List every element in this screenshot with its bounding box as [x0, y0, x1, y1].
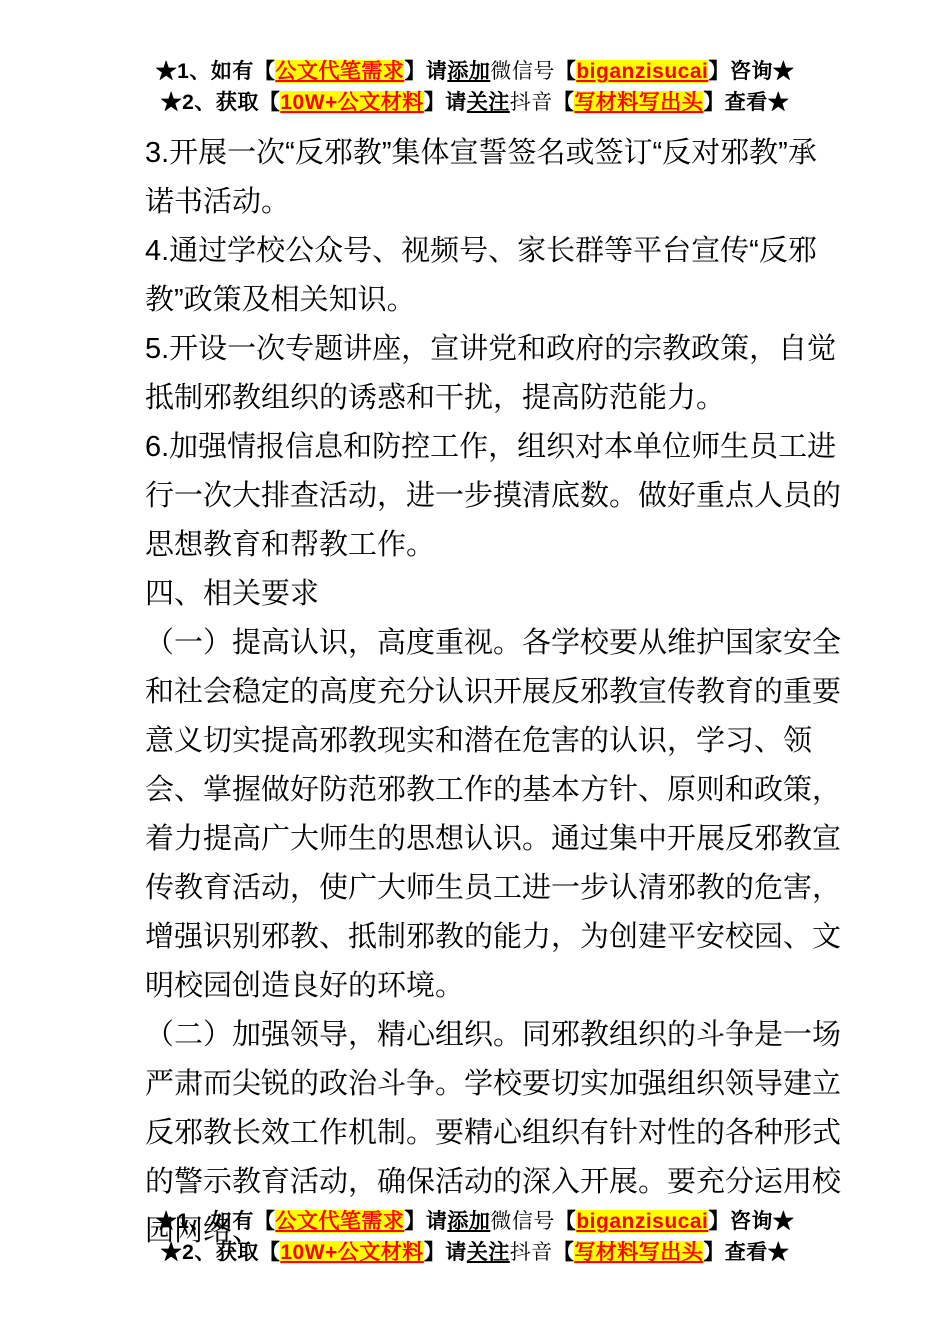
promo-text: 抖音: [510, 1241, 553, 1264]
promo-header-line-2: ★2、获取【10W+公文材料】请关注抖音【写材料写出头】查看★: [0, 87, 950, 118]
promo-text: 关注: [467, 91, 510, 114]
paragraph: 6.加强情报信息和防控工作，组织对本单位师生员工进行一次大排查活动，进一步摸清底…: [145, 423, 845, 570]
document-page: ★1、如有【公文代笔需求】请添加微信号【biganzisucai】咨询★ ★2、…: [0, 0, 950, 1344]
promo-text: ★2、获取【: [161, 91, 281, 114]
promo-text: 抖音: [510, 91, 553, 114]
promo-highlight-text: biganzisucai: [576, 60, 708, 83]
promo-text: 【: [553, 91, 575, 114]
promo-highlight-text: 10W+公文材料: [280, 91, 423, 114]
promo-footer-line-1: ★1、如有【公文代笔需求】请添加微信号【biganzisucai】咨询★: [0, 1206, 950, 1237]
promo-header: ★1、如有【公文代笔需求】请添加微信号【biganzisucai】咨询★ ★2、…: [0, 0, 950, 118]
promo-text: ★1、如有【: [156, 1210, 276, 1233]
promo-text: 】查看★: [703, 1241, 789, 1264]
promo-highlight-text: 写材料写出头: [574, 91, 703, 114]
document-body: 3.开展一次“反邪教”集体宣誓签名或签订“反对邪教”承诺书活动。4.通过学校公众…: [145, 129, 845, 1256]
promo-footer-line-2: ★2、获取【10W+公文材料】请关注抖音【写材料写出头】查看★: [0, 1237, 950, 1268]
promo-text: 【: [555, 60, 577, 83]
promo-text: 微信号: [490, 1210, 555, 1233]
promo-text: ★2、获取【: [161, 1241, 281, 1264]
promo-text: 微信号: [490, 60, 555, 83]
promo-text: 】请: [424, 1241, 467, 1264]
section-heading: 四、相关要求: [145, 570, 845, 619]
promo-text: 添加: [447, 60, 490, 83]
promo-highlight-text: 公文代笔需求: [275, 60, 404, 83]
paragraph: （一）提高认识，高度重视。各学校要从维护国家安全和社会稳定的高度充分认识开展反邪…: [145, 619, 845, 1011]
promo-text: 】查看★: [703, 91, 789, 114]
promo-highlight-text: biganzisucai: [576, 1210, 708, 1233]
promo-text: 添加: [447, 1210, 490, 1233]
promo-text: ★1、如有【: [156, 60, 276, 83]
promo-text: 【: [553, 1241, 575, 1264]
promo-highlight-text: 10W+公文材料: [280, 1241, 423, 1264]
promo-header-line-1: ★1、如有【公文代笔需求】请添加微信号【biganzisucai】咨询★: [0, 56, 950, 87]
paragraph: 4.通过学校公众号、视频号、家长群等平台宣传“反邪教”政策及相关知识。: [145, 227, 845, 325]
paragraph: 3.开展一次“反邪教”集体宣誓签名或签订“反对邪教”承诺书活动。: [145, 129, 845, 227]
promo-text: 】请: [404, 1210, 447, 1233]
promo-footer: ★1、如有【公文代笔需求】请添加微信号【biganzisucai】咨询★ ★2、…: [0, 1206, 950, 1268]
promo-text: 】请: [424, 91, 467, 114]
promo-text: 】请: [404, 60, 447, 83]
promo-highlight-text: 公文代笔需求: [275, 1210, 404, 1233]
paragraph: 5.开设一次专题讲座，宣讲党和政府的宗教政策，自觉抵制邪教组织的诱惑和干扰，提高…: [145, 325, 845, 423]
promo-text: 】咨询★: [708, 1210, 794, 1233]
promo-text: 关注: [467, 1241, 510, 1264]
promo-highlight-text: 写材料写出头: [574, 1241, 703, 1264]
promo-text: 】咨询★: [708, 60, 794, 83]
promo-text: 【: [555, 1210, 577, 1233]
